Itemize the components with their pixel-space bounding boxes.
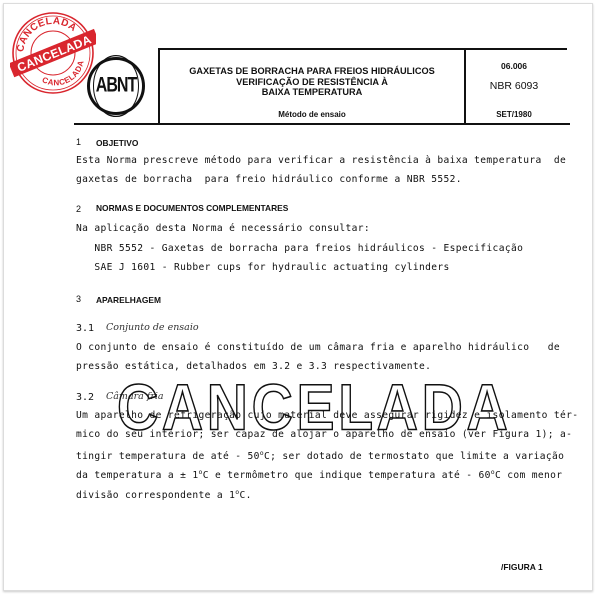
paragraph-line: pressão estática, detalhados em 3.2 e 3.… (76, 361, 431, 372)
subsection-number: 3.1 (76, 323, 94, 334)
subsection-number: 3.2 (76, 392, 94, 403)
section-title: OBJETIVO (96, 138, 138, 148)
paragraph-line: Na aplicação desta Norma é necessário co… (76, 223, 370, 234)
cancelada-watermark: CANCELADA (117, 376, 503, 441)
title-line: BAIXA TEMPERATURA (160, 87, 464, 98)
paragraph-line: O conjunto de ensaio é constituído de um… (76, 342, 560, 353)
header-rule-bottom (74, 123, 570, 125)
standard-number: NBR 6093 (466, 80, 562, 92)
section-number: 1 (76, 137, 81, 147)
section-number: 3 (76, 294, 81, 304)
header-rule-top (159, 48, 567, 50)
subsection-title: Conjunto de ensaio (106, 322, 199, 333)
abnt-logo-text: ABNT (93, 55, 139, 117)
abnt-logo-icon: ABNT (87, 57, 145, 115)
paragraph-line: tingir temperatura de até - 50oC; ser do… (76, 449, 564, 462)
paragraph-line: Esta Norma prescreve método para verific… (76, 155, 566, 166)
paragraph-line: gaxetas de borracha para freio hidráulic… (76, 174, 462, 185)
section-title: APARELHAGEM (96, 295, 161, 305)
document-title: GAXETAS DE BORRACHA PARA FREIOS HIDRÁULI… (160, 66, 464, 98)
paragraph-line: da temperatura a ± 1oC e termômetro que … (76, 468, 562, 481)
title-line: VERIFICAÇÃO DE RESISTÊNCIA À (160, 77, 464, 88)
title-line: GAXETAS DE BORRACHA PARA FREIOS HIDRÁULI… (160, 66, 464, 77)
publication-date: SET/1980 (466, 110, 562, 119)
document-page: CANCELADA CANCELADA CANCELADA ABNT GAXET… (3, 3, 593, 591)
reference-item: NBR 5552 - Gaxetas de borracha para frei… (76, 243, 523, 254)
classification-code: 06.006 (466, 61, 562, 71)
section-number: 2 (76, 204, 81, 214)
paragraph-line: divisão correspondente a 1oC. (76, 488, 252, 501)
continuation-note: /FIGURA 1 (501, 562, 543, 572)
section-title: NORMAS E DOCUMENTOS COMPLEMENTARES (96, 203, 288, 213)
cancelada-stamp-icon: CANCELADA CANCELADA CANCELADA (10, 10, 96, 96)
reference-item: SAE J 1601 - Rubber cups for hydraulic a… (76, 262, 450, 273)
document-subtitle: Método de ensaio (160, 110, 464, 119)
